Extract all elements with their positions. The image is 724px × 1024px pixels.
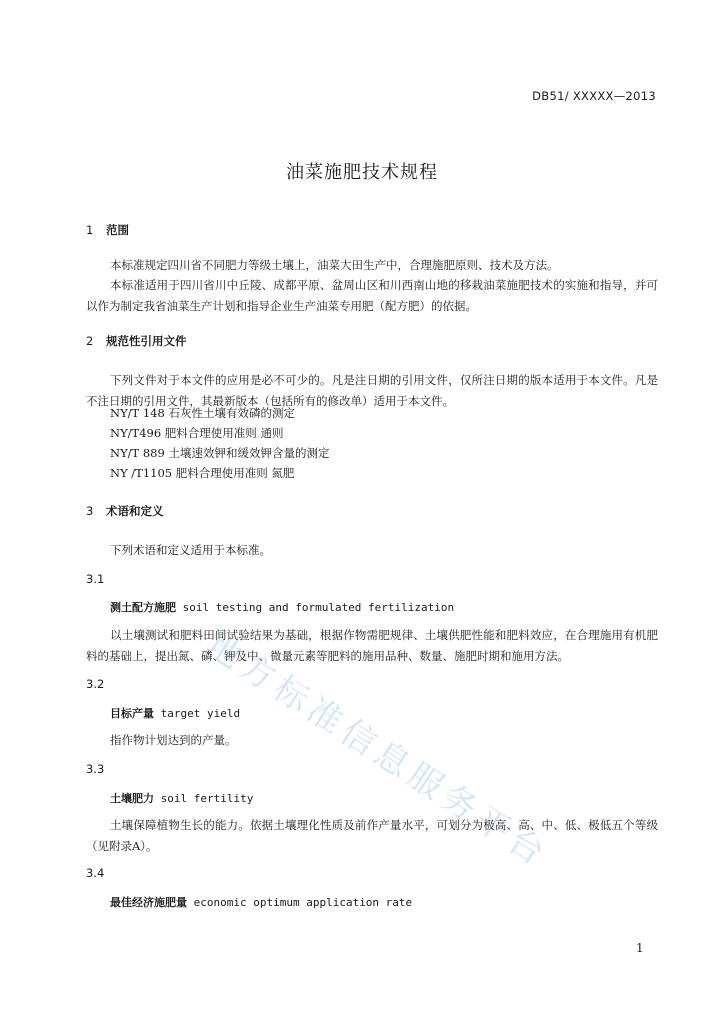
page-number: 1	[636, 941, 644, 955]
term-definition: 指作物计划达到的产量。	[86, 730, 658, 751]
section-heading-scope: 1范围	[86, 222, 129, 238]
reference-item: NY /T1105 肥料合理使用准则 氮肥	[110, 463, 294, 483]
section-number: 1	[86, 223, 106, 237]
document-title: 油菜施肥技术规程	[0, 158, 724, 184]
term-title: 目标产量 target yield	[110, 705, 240, 721]
paragraph: 下列术语和定义适用于本标准。	[86, 540, 658, 561]
section-heading-normative-references: 2规范性引用文件	[86, 333, 187, 349]
term-title: 土壤肥力 soil fertility	[110, 790, 253, 806]
reference-item: NY/T 148 石灰性土壤有效磷的测定	[110, 403, 295, 423]
term-english: target yield	[161, 707, 240, 720]
section-title: 术语和定义	[106, 504, 164, 518]
document-page: DB51/ XXXXX—2013 油菜施肥技术规程 1范围 本标准规定四川省不同…	[0, 0, 724, 1024]
term-chinese: 最佳经济施肥量	[110, 896, 187, 909]
term-title: 最佳经济施肥量 economic optimum application rat…	[110, 894, 412, 910]
term-definition: 以土壤测试和肥料田间试验结果为基础，根据作物需肥规律、土壤供肥性能和肥料效应，在…	[86, 625, 658, 666]
section-title: 规范性引用文件	[106, 334, 187, 348]
term-chinese: 目标产量	[110, 707, 154, 720]
reference-item: NY/T496 肥料合理使用准则 通则	[110, 423, 283, 443]
term-number: 3.2	[86, 677, 104, 691]
section-heading-terms: 3术语和定义	[86, 503, 164, 519]
term-chinese: 测土配方施肥	[110, 601, 176, 614]
standard-code: DB51/ XXXXX—2013	[532, 89, 656, 103]
term-title: 测土配方施肥 soil testing and formulated ferti…	[110, 599, 454, 615]
term-definition: 土壤保障植物生长的能力。依据土壤理化性质及前作产量水平，可划分为极高、高、中、低…	[86, 815, 658, 856]
term-english: economic optimum application rate	[194, 896, 413, 909]
section-title: 范围	[106, 223, 129, 237]
term-number: 3.3	[86, 762, 104, 776]
section-number: 2	[86, 334, 106, 348]
term-number: 3.4	[86, 866, 104, 880]
section-number: 3	[86, 504, 106, 518]
reference-item: NY/T 889 土壤速效钾和缓效钾含量的测定	[110, 443, 329, 463]
paragraph: 本标准适用于四川省川中丘陵、成都平原、盆周山区和川西南山地的移栽油菜施肥技术的实…	[86, 275, 658, 316]
term-english: soil testing and formulated fertilizatio…	[183, 601, 455, 614]
term-english: soil fertility	[161, 792, 254, 805]
term-chinese: 土壤肥力	[110, 792, 154, 805]
paragraph: 本标准规定四川省不同肥力等级土壤上，油菜大田生产中，合理施肥原则、技术及方法。	[86, 255, 658, 276]
term-number: 3.1	[86, 572, 104, 586]
